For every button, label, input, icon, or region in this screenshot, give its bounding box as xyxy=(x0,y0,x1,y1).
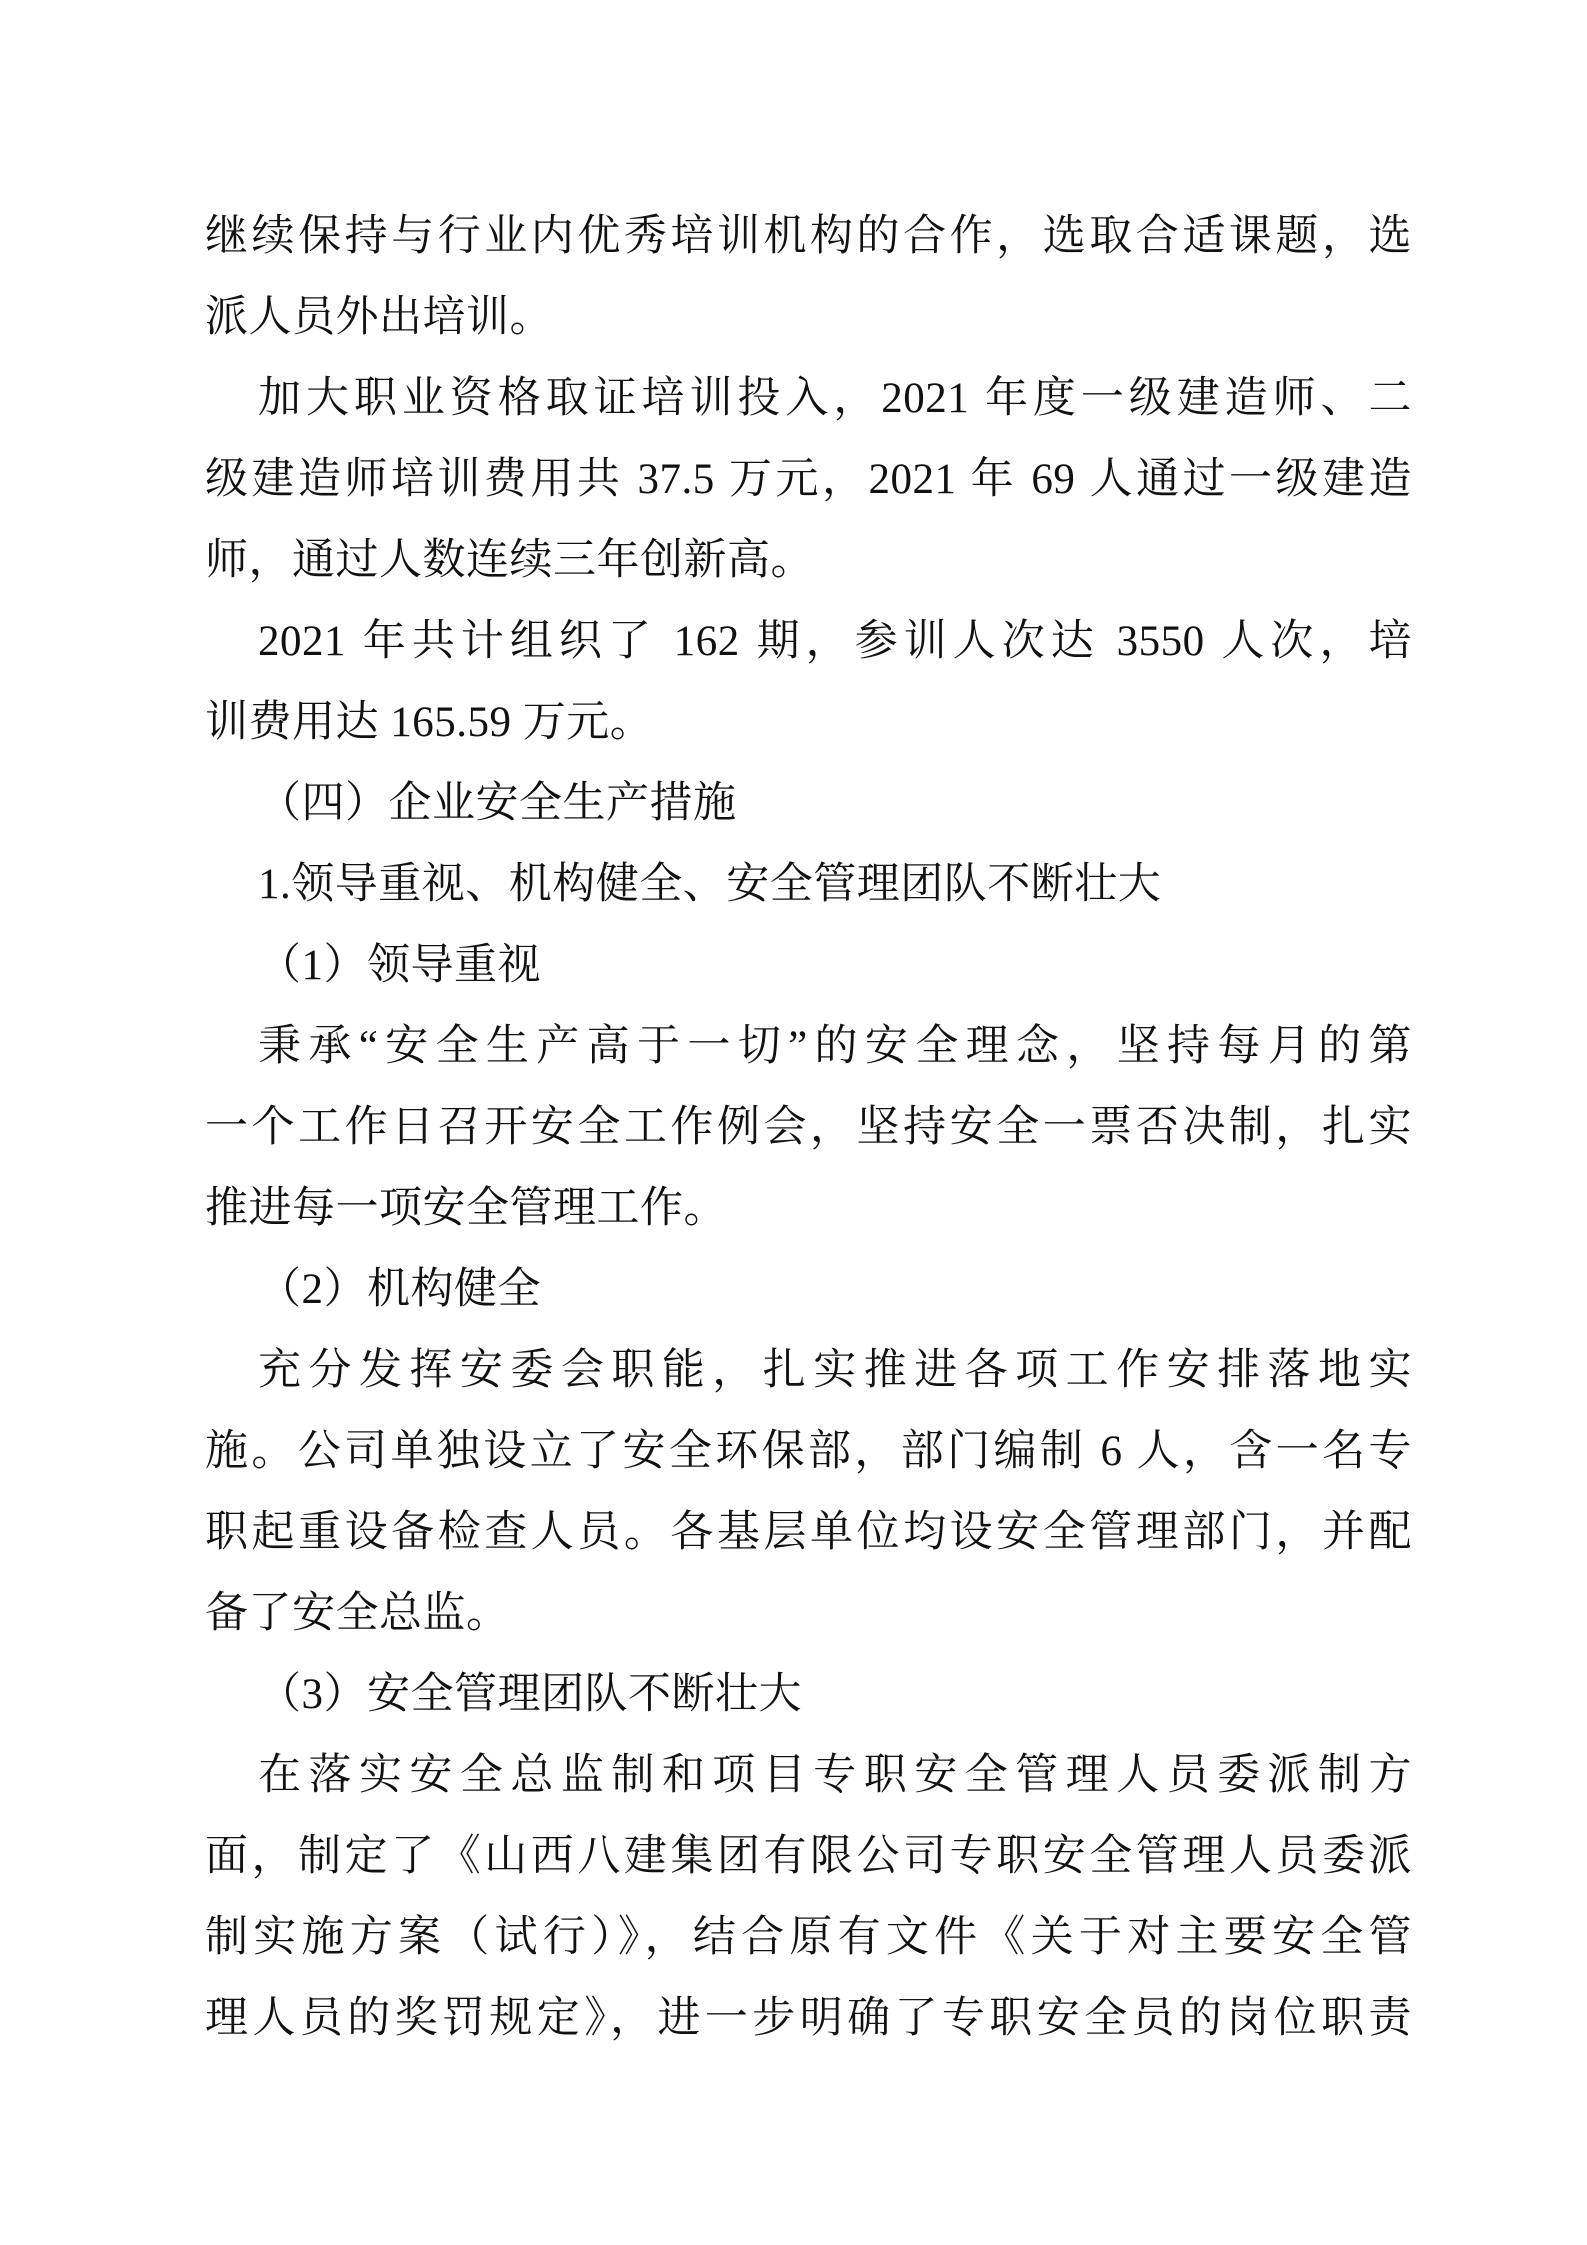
text-line: 面，制定了《山西八建集团有限公司专职安全管理人员委派 xyxy=(205,1816,1412,1897)
text-line: 制实施方案（试行）》，结合原有文件《关于对主要安全管 xyxy=(205,1897,1412,1978)
sub-heading: （2）机构健全 xyxy=(205,1249,1412,1330)
text-line: 训费用达 165.59 万元。 xyxy=(205,682,1412,763)
text-line: 2021 年共计组织了 162 期，参训人次达 3550 人次，培 xyxy=(205,601,1412,682)
text-line: 一个工作日召开安全工作例会，坚持安全一票否决制，扎实 xyxy=(205,1087,1412,1168)
sub-heading: （3）安全管理团队不断壮大 xyxy=(205,1654,1412,1735)
text-line: 派人员外出培训。 xyxy=(205,277,1412,358)
text-line: 秉承“安全生产高于一切”的安全理念，坚持每月的第 xyxy=(205,1006,1412,1087)
text-line: 理人员的奖罚规定》，进一步明确了专职安全员的岗位职责 xyxy=(205,1978,1412,2059)
text-line: 职起重设备检查人员。各基层单位均设安全管理部门，并配 xyxy=(205,1492,1412,1573)
text-line: 级建造师培训费用共 37.5 万元，2021 年 69 人通过一级建造 xyxy=(205,439,1412,520)
section-heading: （四）企业安全生产措施 xyxy=(205,763,1412,844)
text-line: 师，通过人数连续三年创新高。 xyxy=(205,520,1412,601)
sub-heading: 1.领导重视、机构健全、安全管理团队不断壮大 xyxy=(205,844,1412,925)
document-page: 继续保持与行业内优秀培训机构的合作，选取合适课题，选 派人员外出培训。 加大职业… xyxy=(0,0,1587,2245)
text-line: 充分发挥安委会职能，扎实推进各项工作安排落地实 xyxy=(205,1330,1412,1411)
document-text-block: 继续保持与行业内优秀培训机构的合作，选取合适课题，选 派人员外出培训。 加大职业… xyxy=(205,196,1412,2059)
text-line: 继续保持与行业内优秀培训机构的合作，选取合适课题，选 xyxy=(205,196,1412,277)
text-line: 备了安全总监。 xyxy=(205,1573,1412,1654)
text-line: 施。公司单独设立了安全环保部，部门编制 6 人，含一名专 xyxy=(205,1411,1412,1492)
text-line: 在落实安全总监制和项目专职安全管理人员委派制方 xyxy=(205,1735,1412,1816)
sub-heading: （1）领导重视 xyxy=(205,925,1412,1006)
text-line: 加大职业资格取证培训投入，2021 年度一级建造师、二 xyxy=(205,358,1412,439)
text-line: 推进每一项安全管理工作。 xyxy=(205,1168,1412,1249)
